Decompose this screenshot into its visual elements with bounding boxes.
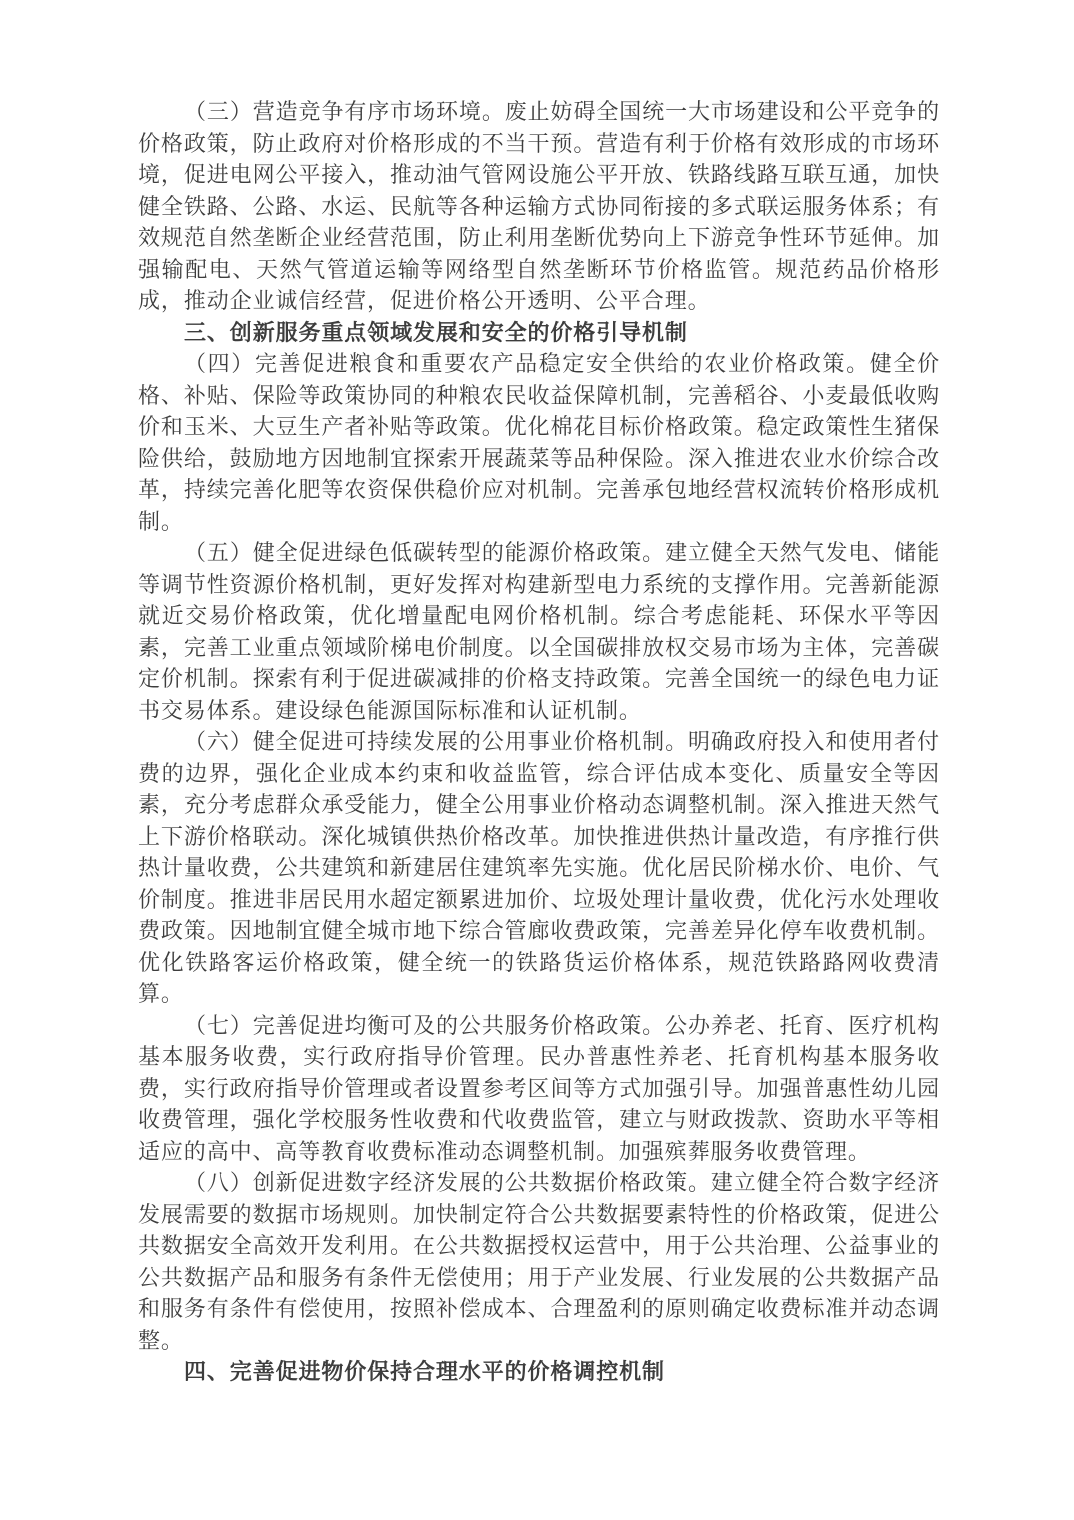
document-page: （三）营造竞争有序市场环境。废止妨碍全国统一大市场建设和公平竞争的价格政策，防止… (0, 0, 1074, 1520)
paragraph-text: 三、创新服务重点领域发展和安全的价格引导机制 (184, 320, 688, 345)
paragraph-text: 建立健全天然气发电、储能等调节性资源价格机制，更好发挥对构建新型电力系统的支撑作… (138, 540, 940, 723)
paragraph: （四）完善促进粮食和重要农产品稳定安全供给的农业价格政策。健全价格、补贴、保险等… (138, 348, 940, 537)
item-heading-lead: （七）完善促进均衡可及的公共服务价格政策。 (184, 1013, 665, 1038)
item-heading-lead: （四）完善促进粮食和重要农产品稳定安全供给的农业价格政策。 (184, 351, 870, 376)
paragraph-text: 明确政府投入和使用者付费的边界，强化企业成本约束和收益监管，综合评估成本变化、质… (138, 729, 940, 1006)
item-heading-lead: （六）健全促进可持续发展的公用事业价格机制。 (184, 729, 688, 754)
paragraph-text: 健全价格、补贴、保险等政策协同的种粮农民收益保障机制，完善稻谷、小麦最低收购价和… (138, 351, 940, 534)
item-heading-lead: （五）健全促进绿色低碳转型的能源价格政策。 (184, 540, 665, 565)
paragraph: （八）创新促进数字经济发展的公共数据价格政策。建立健全符合数字经济发展需要的数据… (138, 1167, 940, 1356)
paragraph-text: 废止妨碍全国统一大市场建设和公平竞争的价格政策，防止政府对价格形成的不当干预。营… (138, 99, 940, 313)
paragraph: （七）完善促进均衡可及的公共服务价格政策。公办养老、托育、医疗机构基本服务收费，… (138, 1010, 940, 1168)
paragraph: （三）营造竞争有序市场环境。废止妨碍全国统一大市场建设和公平竞争的价格政策，防止… (138, 96, 940, 317)
section-heading: 四、完善促进物价保持合理水平的价格调控机制 (138, 1356, 940, 1388)
paragraph-text: 四、完善促进物价保持合理水平的价格调控机制 (184, 1359, 665, 1384)
item-heading-lead: （八）创新促进数字经济发展的公共数据价格政策。 (184, 1170, 711, 1195)
section-heading: 三、创新服务重点领域发展和安全的价格引导机制 (138, 317, 940, 349)
paragraph-text: 建立健全符合数字经济发展需要的数据市场规则。加快制定符合公共数据要素特性的价格政… (138, 1170, 940, 1353)
paragraph: （五）健全促进绿色低碳转型的能源价格政策。建立健全天然气发电、储能等调节性资源价… (138, 537, 940, 726)
paragraph: （六）健全促进可持续发展的公用事业价格机制。明确政府投入和使用者付费的边界，强化… (138, 726, 940, 1010)
item-heading-lead: （三）营造竞争有序市场环境。 (184, 99, 505, 124)
document-body: （三）营造竞争有序市场环境。废止妨碍全国统一大市场建设和公平竞争的价格政策，防止… (0, 0, 1074, 1388)
